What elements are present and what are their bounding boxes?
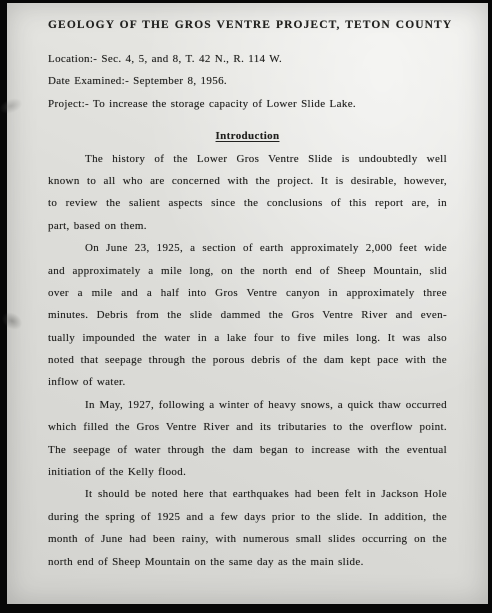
text-line: during the spring of 1925 and a few days… [48,506,447,528]
text-line: minutes. Debris from the slide dammed th… [48,304,447,326]
text-line: which filled the Gros Ventre River and i… [48,416,447,438]
text-line: initiation of the Kelly flood. [48,461,447,483]
text-line: The seepage of water through the dam beg… [48,439,447,461]
scan-smudge [0,309,26,334]
document-title: GEOLOGY OF THE GROS VENTRE PROJECT, TETO… [48,14,447,36]
scan-smudge [0,95,25,116]
text-line: part, based on them. [48,215,447,237]
section-heading-text: Introduction [216,130,280,142]
text-line: over a mile and a half into Gros Ventre … [48,282,447,304]
meta-location: Location:- Sec. 4, 5, and 8, T. 42 N., R… [48,48,447,70]
text-line: tually impounded the water in a lake fou… [48,327,447,349]
text-line: known to all who are concerned with the … [48,170,447,192]
meta-block: Location:- Sec. 4, 5, and 8, T. 42 N., R… [48,48,447,115]
text-line: north end of Sheep Mountain on the same … [48,551,447,573]
text-line: noted that seepage through the porous de… [48,349,447,371]
text-line: It should be noted here that earthquakes… [48,483,447,505]
paragraph: The history of the Lower Gros Ventre Sli… [48,148,447,238]
text-line: inflow of water. [48,371,447,393]
scan-background: GEOLOGY OF THE GROS VENTRE PROJECT, TETO… [0,0,492,613]
paragraph: In May, 1927, following a winter of heav… [48,394,447,484]
document-page: GEOLOGY OF THE GROS VENTRE PROJECT, TETO… [7,3,488,604]
text-line: to review the salient aspects since the … [48,192,447,214]
text-line: The history of the Lower Gros Ventre Sli… [48,148,447,170]
page-content: GEOLOGY OF THE GROS VENTRE PROJECT, TETO… [48,14,447,573]
paragraph: On June 23, 1925, a section of earth app… [48,237,447,394]
meta-project: Project:- To increase the storage capaci… [48,93,447,115]
text-line: In May, 1927, following a winter of heav… [48,394,447,416]
meta-date-examined: Date Examined:- September 8, 1956. [48,70,447,92]
text-line: On June 23, 1925, a section of earth app… [48,237,447,259]
text-line: month of June had been rainy, with numer… [48,528,447,550]
text-line: and approximately a mile long, on the no… [48,260,447,282]
paragraph: It should be noted here that earthquakes… [48,483,447,573]
section-heading: Introduction [48,125,447,147]
